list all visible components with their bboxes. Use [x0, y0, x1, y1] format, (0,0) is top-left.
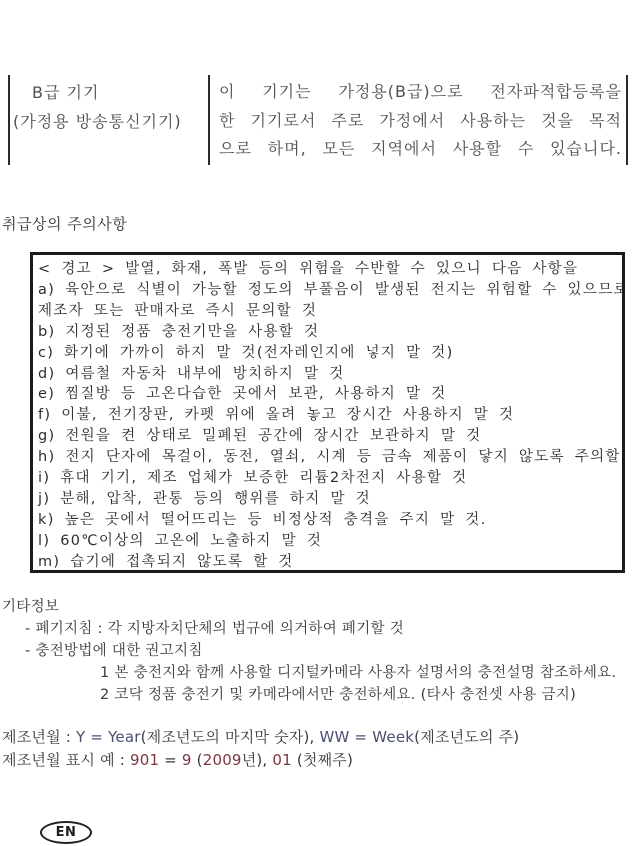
- handling-precautions-heading: 취급상의 주의사항: [2, 213, 127, 234]
- classification-description-line: 이 기기는 가정용(B급)으로 전자파적합등록을: [219, 78, 622, 107]
- other-info-heading: 기타정보: [0, 596, 632, 618]
- classification-table-right-cell: 이 기기는 가정용(B급)으로 전자파적합등록을 한 기기로서 주로 가정에서 …: [210, 75, 626, 165]
- mfg-text: (제조년도의 마지막 숫자),: [141, 728, 320, 746]
- warning-line-h: h) 전지 단자에 목걸이, 동전, 열쇠, 시계 등 금속 제품이 닿지 않도…: [38, 447, 622, 468]
- mfg-example-code: 901: [130, 751, 159, 769]
- manufacture-date-example-line: 제조년월 표시 예 : 901 = 9 (2009년), 01 (첫째주): [2, 749, 630, 770]
- charging-instruction-2: 2 코닥 정품 충전기 및 카메라에서만 충전하세요. (타사 충전셋 사용 금…: [0, 684, 632, 706]
- mfg-text: 년),: [242, 751, 273, 769]
- classification-description-line: 한 기기로서 주로 가정에서 사용하는 것을 목적: [219, 107, 622, 136]
- language-badge: EN: [40, 821, 92, 844]
- warning-line-j: j) 분해, 압착, 관통 등의 행위를 하지 말 것: [38, 489, 622, 510]
- mfg-example-week: 01: [272, 751, 292, 769]
- mfg-text: (: [192, 751, 203, 769]
- warning-line-f: f) 이불, 전기장판, 카펫 위에 올려 놓고 장시간 사용하지 말 것: [38, 405, 622, 426]
- warning-line-i: i) 휴대 기기, 제조 업체가 보증한 리튬2차전지 사용할 것: [38, 468, 622, 489]
- classification-description-line: 으로 하며, 모든 지역에서 사용할 수 있습니다.: [219, 135, 622, 164]
- manufacture-date-format-line: 제조년월 : Y = Year(제조년도의 마지막 숫자), WW = Week…: [2, 726, 630, 747]
- warning-line-b: b) 지정된 정품 충전기만을 사용할 것: [38, 322, 622, 343]
- mfg-text: 제조년월 :: [2, 728, 76, 746]
- other-info-section: 기타정보 - 폐기지침 : 각 지방자치단체의 법규에 의거하여 폐기할 것 -…: [0, 596, 632, 706]
- warning-line-g: g) 전원을 켠 상태로 밀폐된 공간에 장시간 보관하지 말 것: [38, 426, 622, 447]
- mfg-text: 제조년월 표시 예 :: [2, 751, 130, 769]
- warning-box: < 경고 > 발열, 화재, 폭발 등의 위험을 수반할 수 있으니 다음 사항…: [30, 252, 625, 573]
- charging-instruction-1: 1 본 충전지와 함께 사용할 디지털카메라 사용자 설명서의 충전설명 참조하…: [0, 662, 632, 684]
- warning-line-k: k) 높은 곳에서 떨어뜨리는 등 비정상적 충격을 주지 말 것.: [38, 510, 622, 531]
- device-class-label: B급 기기: [10, 78, 208, 107]
- charging-guideline-line: - 충전방법에 대한 권고지침: [0, 640, 632, 662]
- mfg-example-year: 2009: [203, 751, 242, 769]
- warning-line-c: c) 화기에 가까이 하지 말 것(전자레인지에 넣지 말 것): [38, 343, 622, 364]
- warning-line-m: m) 습기에 접촉되지 않도록 할 것: [38, 552, 622, 573]
- warning-line-d: d) 여름철 자동차 내부에 방치하지 말 것: [38, 364, 622, 385]
- warning-line-a: a) 육안으로 식별이 가능할 정도의 부풀음이 발생된 전지는 위험할 수 있…: [38, 280, 622, 301]
- classification-table-left-cell: B급 기기 (가정용 방송통신기기): [10, 75, 210, 165]
- mfg-week-code: WW = Week: [319, 728, 414, 746]
- mfg-text: =: [159, 751, 182, 769]
- mfg-text: (첫째주): [292, 751, 353, 769]
- warning-line-e: e) 찜질방 등 고온다습한 곳에서 보관, 사용하지 말 것: [38, 384, 622, 405]
- warning-line-a-cont: 제조자 또는 판매자로 즉시 문의할 것: [38, 301, 622, 322]
- disposal-guideline-line: - 폐기지침 : 각 지방자치단체의 법규에 의거하여 폐기할 것: [0, 618, 632, 640]
- device-class-sublabel: (가정용 방송통신기기): [10, 107, 208, 136]
- device-classification-table: B급 기기 (가정용 방송통신기기) 이 기기는 가정용(B급)으로 전자파적합…: [8, 75, 628, 165]
- language-badge-label: EN: [56, 825, 77, 840]
- mfg-year-code: Y = Year: [76, 728, 141, 746]
- mfg-text: (제조년도의 주): [414, 728, 519, 746]
- warning-line-l: l) 60℃이상의 고온에 노출하지 말 것: [38, 531, 622, 552]
- mfg-example-year-digit: 9: [182, 751, 192, 769]
- warning-title-line: < 경고 > 발열, 화재, 폭발 등의 위험을 수반할 수 있으니 다음 사항…: [38, 259, 622, 280]
